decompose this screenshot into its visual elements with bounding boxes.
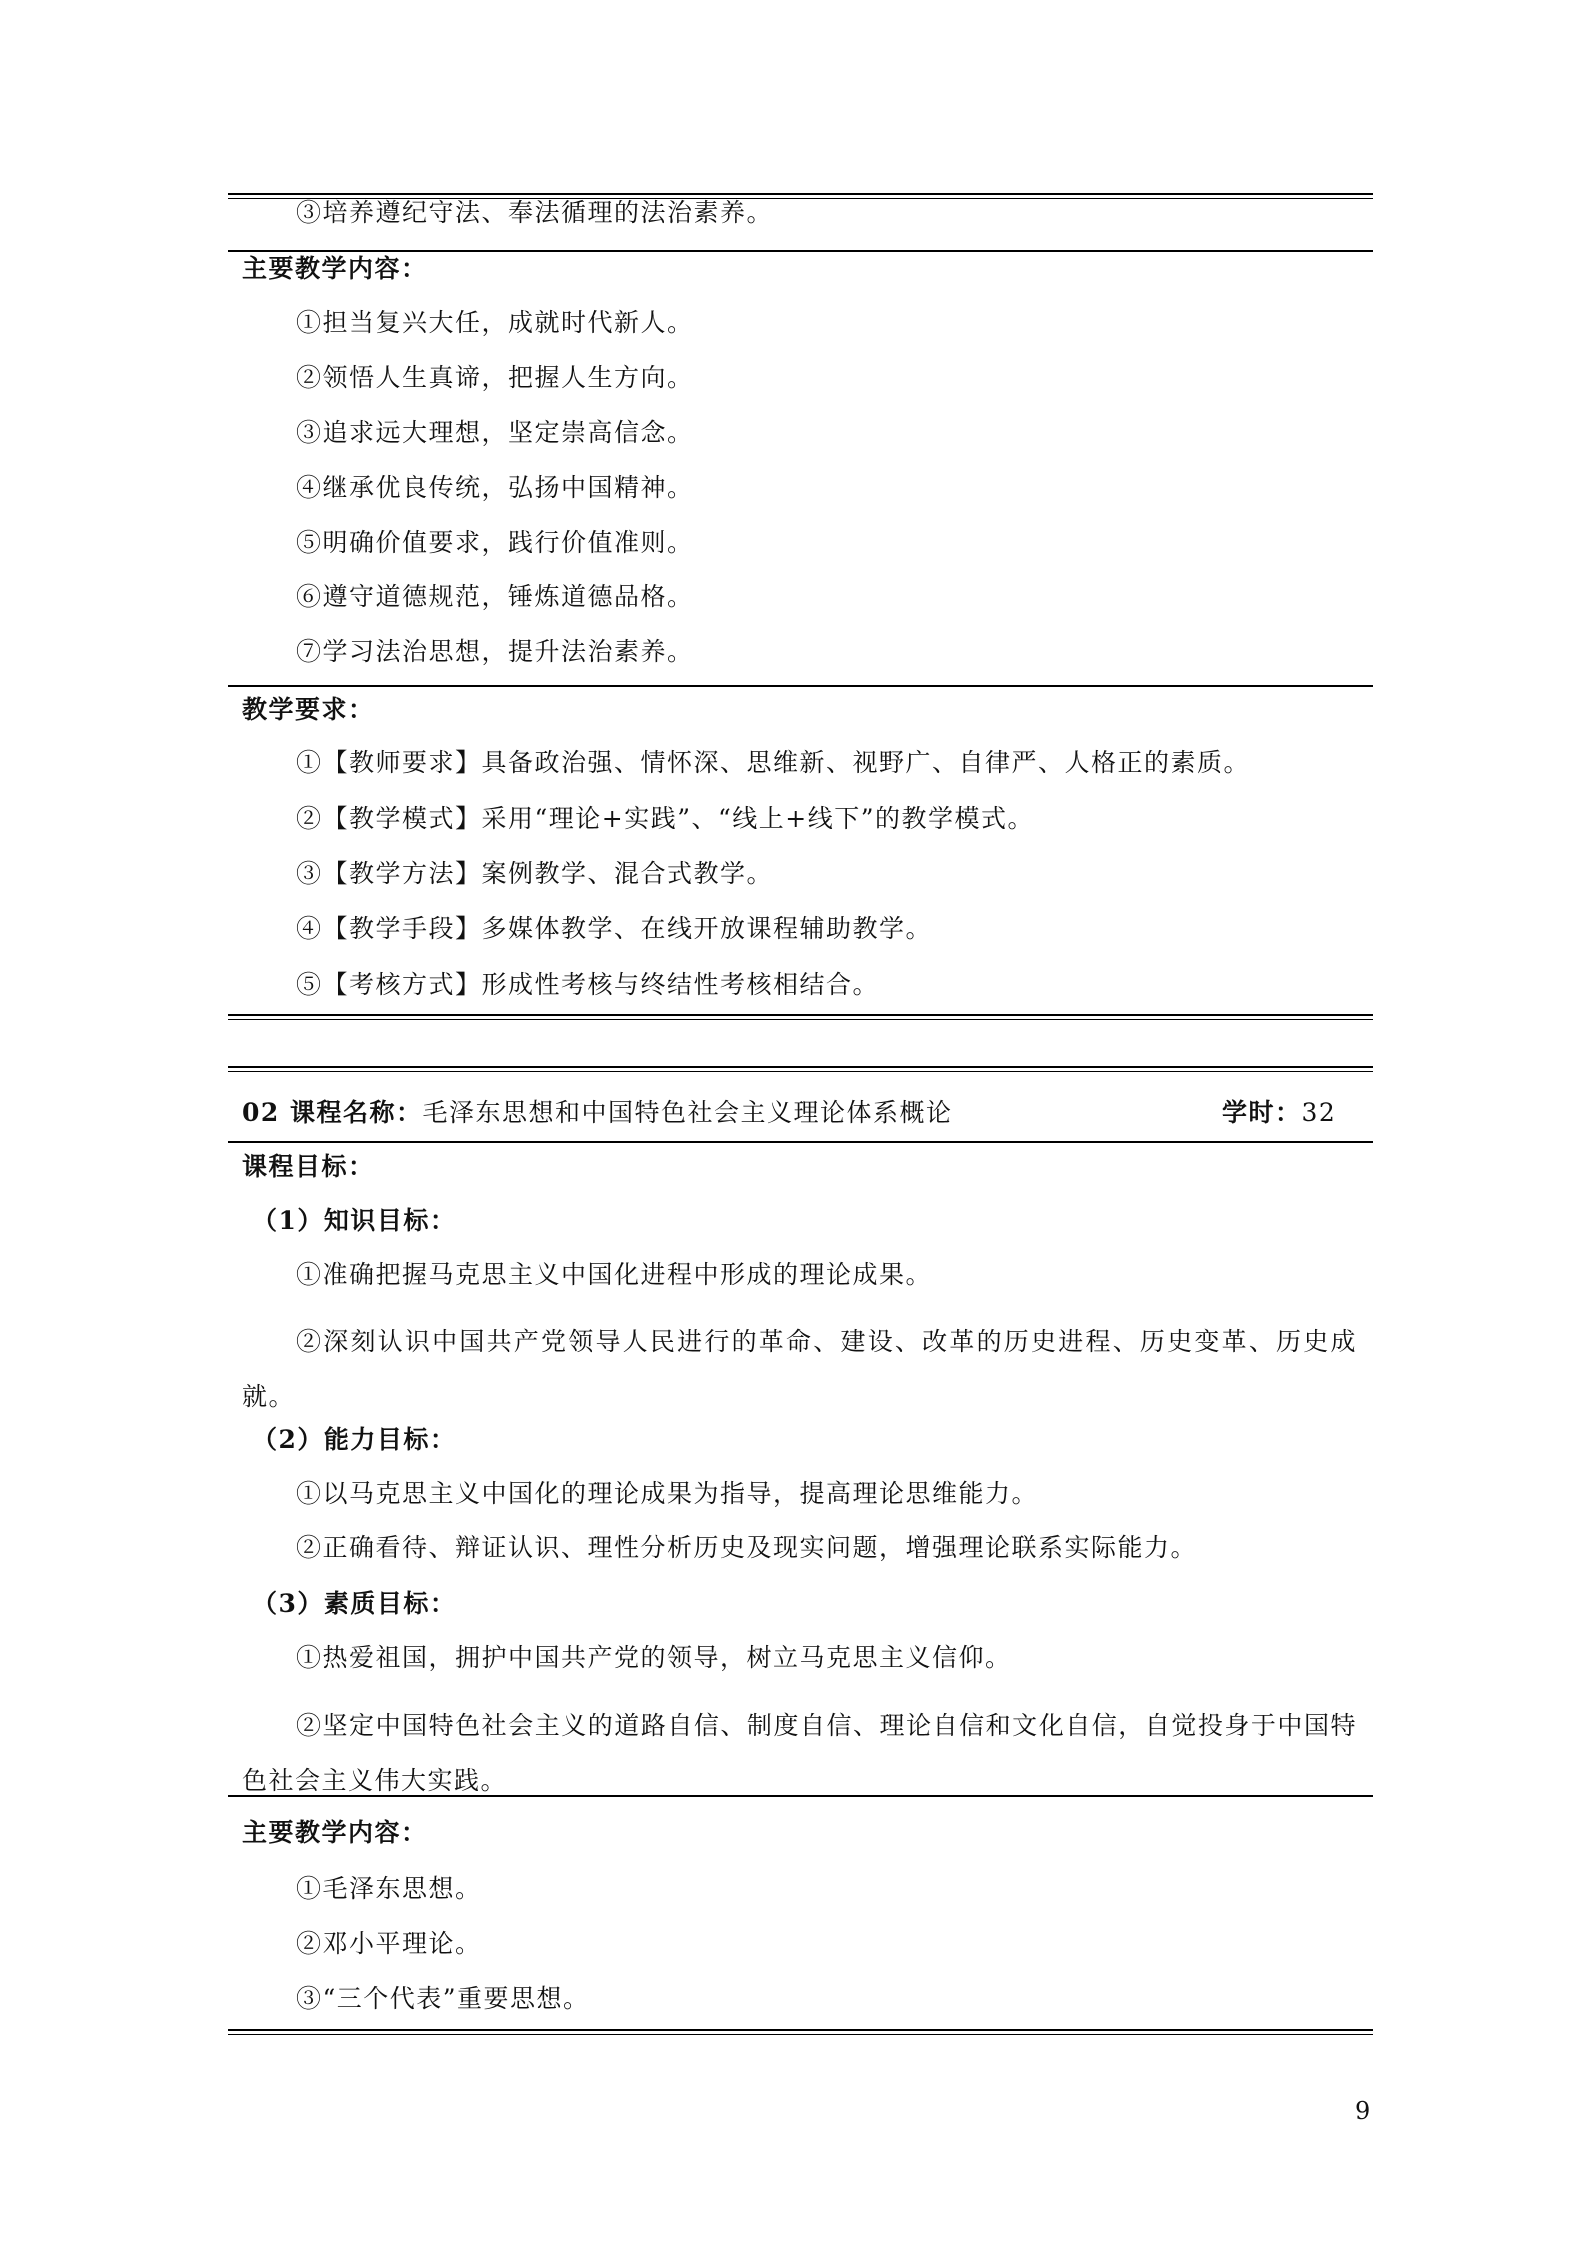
row-divider [228,685,1373,687]
knowledge-item: ①准确把握马克思主义中国化进程中形成的理论成果。 [296,1260,932,1290]
quality-title: （3）素质目标： [252,1589,456,1619]
content-item: ⑥遵守道德规范，锤炼道德品格。 [296,582,694,612]
content-title: 主要教学内容： [242,254,428,284]
requirements-title: 教学要求： [242,695,375,725]
quality-item: ②坚定中国特色社会主义的道路自信、制度自信、理论自信和文化自信，自觉投身于中国特… [242,1698,1357,1808]
content-item: ⑦学习法治思想，提升法治素养。 [296,637,694,667]
table-border-double [228,2029,1373,2035]
requirement-item: ③【教学方法】案例教学、混合式教学。 [296,859,773,889]
course-name-label: 课程名称： [290,1098,423,1127]
content-item: ①毛泽东思想。 [296,1874,482,1904]
hours-label: 学时： [1222,1098,1302,1127]
goal-item: ③培养遵纪守法、奉法循理的法治素养。 [296,198,773,228]
course-hours: 学时：32 [1222,1098,1336,1128]
content-item: ⑤明确价值要求，践行价值准则。 [296,528,694,558]
requirement-item: ⑤【考核方式】形成性考核与终结性考核相结合。 [296,970,879,1000]
course-number: 02 [242,1098,280,1127]
table-border-double [228,1014,1373,1020]
content-item: ②领悟人生真谛，把握人生方向。 [296,363,694,393]
table-border-double [228,1066,1373,1072]
content-item: ①担当复兴大任，成就时代新人。 [296,308,694,338]
row-divider [228,1795,1373,1797]
requirement-item: ①【教师要求】具备政治强、情怀深、思维新、视野广、自律严、人格正的素质。 [296,748,1250,778]
ability-title: （2）能力目标： [252,1425,456,1455]
page-number: 9 [1355,2097,1370,2125]
content-item: ③“三个代表”重要思想。 [296,1984,590,2014]
hours-value: 32 [1302,1098,1337,1127]
course-title-row: 02 课程名称：毛泽东思想和中国特色社会主义理论体系概论 [242,1098,953,1128]
course-name: 毛泽东思想和中国特色社会主义理论体系概论 [423,1098,953,1127]
quality-item: ①热爱祖国，拥护中国共产党的领导，树立马克思主义信仰。 [296,1643,1012,1673]
ability-item: ②正确看待、辩证认识、理性分析历史及现实问题，增强理论联系实际能力。 [296,1533,1197,1563]
requirement-item: ④【教学手段】多媒体教学、在线开放课程辅助教学。 [296,914,932,944]
content-item: ④继承优良传统，弘扬中国精神。 [296,473,694,503]
goals-title: 课程目标： [242,1152,375,1182]
knowledge-item: ②深刻认识中国共产党领导人民进行的革命、建设、改革的历史进程、历史变革、历史成就… [242,1314,1357,1424]
ability-item: ①以马克思主义中国化的理论成果为指导，提高理论思维能力。 [296,1479,1038,1509]
content-title: 主要教学内容： [242,1818,428,1848]
requirement-item: ②【教学模式】采用“理论+实践”、“线上+线下”的教学模式。 [296,804,1034,834]
content-item: ②邓小平理论。 [296,1929,482,1959]
content-item: ③追求远大理想，坚定崇高信念。 [296,418,694,448]
row-divider [228,250,1373,252]
knowledge-title: （1）知识目标： [252,1206,456,1236]
row-divider [228,1141,1373,1143]
